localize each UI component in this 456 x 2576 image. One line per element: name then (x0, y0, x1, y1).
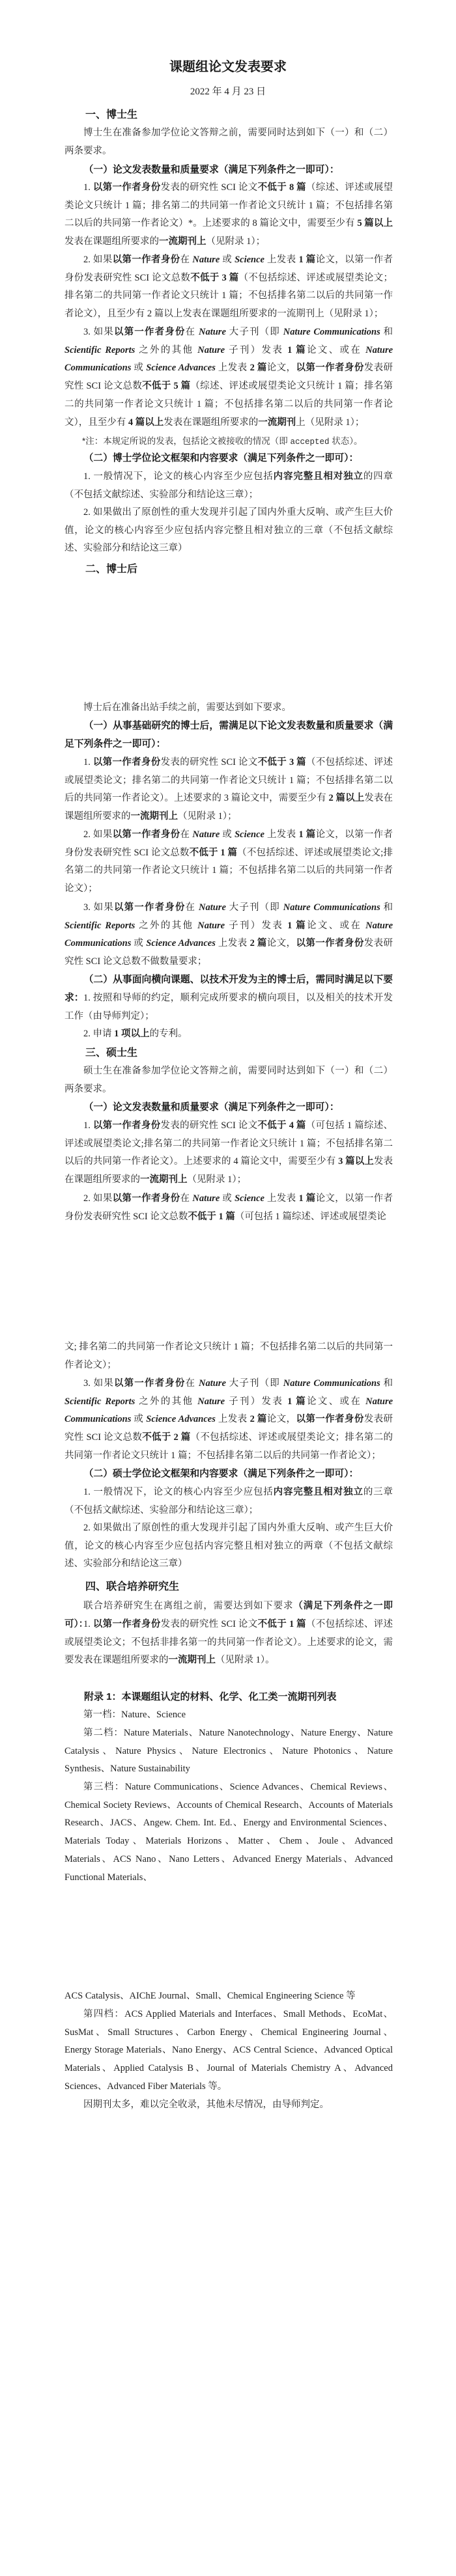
text-run: Nature (199, 902, 226, 913)
text-run: accepted (291, 437, 330, 447)
text-run: 1 篇 (299, 255, 316, 265)
text-run: 在 (180, 255, 193, 265)
document-page: 课题组论文发表要求 2022 年 4 月 23 日 一、博士生博士生在准备参加学… (0, 0, 456, 2576)
text-run: 在 (180, 829, 193, 840)
text-run: 2. 如果 (83, 255, 113, 265)
text-run: 2. 如果 (83, 1193, 113, 1204)
list-item: 2. 如果做出了原创性的重大发现并引起了国内外重大反响、或产生巨大价值，论文的核… (64, 504, 393, 558)
list-item: 3. 如果以第一作者身份在 Nature 大子刊（即 Nature Commun… (64, 899, 393, 971)
text-run: Science Advances (146, 938, 216, 949)
text-run: （一）从事基础研究的博士后，需满足以下论文发表数量和质量要求（满足下列条件之一即… (64, 721, 393, 749)
text-run: 不低于 2 篇 (142, 1432, 190, 1443)
text-run: Nature (192, 1193, 220, 1204)
text-run: 发表的研究性 SCI 论文 (161, 1619, 258, 1629)
text-run: 不低于 5 篇 (142, 381, 190, 391)
list-item: 3. 如果以第一作者身份在 Nature 大子刊（即 Nature Commun… (64, 324, 393, 432)
text-run: Science (235, 829, 264, 840)
text-run: 上发表 (216, 1414, 250, 1424)
text-run: 论文， (267, 938, 296, 949)
text-run: （见附录 1）； (188, 1174, 247, 1185)
text-run: 发表在课题组所要求的 (64, 236, 159, 247)
text-run: （二）博士学位论文框架和内容要求（满足下列条件之一即可）： (84, 453, 359, 464)
text-run: 1 篇 (287, 345, 307, 355)
text-run: Science Advances (146, 1414, 216, 1424)
text-run: 3. 如果 (83, 902, 114, 913)
text-run: 附录 1：本课题组认定的材料、化学、化工类一流期刊列表 (84, 1691, 337, 1702)
text-run: 5 篇以上 (357, 218, 393, 229)
text-run: 子刊）发表 (225, 1396, 287, 1407)
closing-note: 因期刊太多，难以完全收录，其他未尽情况，由导师判定。 (64, 2096, 393, 2114)
subsection-heading: （二）硕士学位论文框架和内容要求（满足下列条件之一即可）： (64, 1465, 393, 1484)
list-item: 1. 以第一作者身份发表的研究性 SCI 论文不低于 8 篇（综述、评述或展望类… (64, 179, 393, 251)
text-run: 博士后在准备出站手续之前，需要达到如下要求。 (83, 702, 291, 713)
text-run: 在 (180, 1193, 193, 1204)
list-item: 2. 如果做出了原创性的重大发现并引起了国内外重大反响、或产生巨大价值，论文的核… (64, 1519, 393, 1573)
text-run: 以第一作者身份 (93, 1120, 161, 1131)
text-run: 发表的研究性 SCI 论文 (160, 1120, 257, 1131)
text-run: 大子刊（即 (226, 1378, 283, 1389)
text-run: Nature (197, 345, 225, 355)
text-run: 二、博士后 (85, 564, 137, 575)
text-run: 上发表 (264, 255, 299, 265)
text-run: 因期刊太多，难以完全收录，其他未尽情况，由导师判定。 (83, 2099, 329, 2110)
list-item: 1. 一般情况下，论文的核心内容至少应包括内容完整且相对独立的四章（不包括文献综… (64, 468, 393, 504)
text-run: Science (235, 255, 264, 265)
text-run: （见附录 1）； (207, 236, 266, 247)
text-run: 在 (186, 327, 199, 337)
text-run: Nature (197, 921, 225, 931)
text-run: 3 篇以上 (338, 1156, 374, 1167)
text-run: 的专利。 (150, 1029, 188, 1039)
text-run: 文; 排名第二的共同第一作者论文只统计 1 篇；不包括排名第二以后的共同第一作者… (64, 1342, 393, 1370)
list-item: 2. 如果以第一作者身份在 Nature 或 Science 上发表 1 篇论文… (64, 826, 393, 898)
text-run: 之外的其他 (135, 921, 197, 931)
text-run: 以第一作者身份 (114, 1378, 186, 1389)
text-run: 不低于 3 篇 (190, 273, 238, 283)
list-item: 2. 如果以第一作者身份在 Nature 或 Science 上发表 1 篇论文… (64, 251, 393, 324)
appendix-heading: 附录 1：本课题组认定的材料、化学、化工类一流期刊列表 (64, 1688, 393, 1706)
text-run: 一流期刊上 (159, 236, 207, 247)
text-run: 以第一作者身份 (93, 1619, 161, 1629)
text-run: 一、博士生 (85, 109, 137, 120)
text-run: 大子刊（即 (226, 327, 283, 337)
journal-tier-4: 第四档：ACS Applied Materials and Interfaces… (64, 2006, 393, 2096)
text-run: Nature (192, 829, 220, 840)
list-item: 1. 按照和导师的约定，顺利完成所要求的横向项目，以及相关的技术开发工作（由导师… (64, 990, 393, 1025)
text-run: Nature Communications (283, 902, 380, 913)
text-run: 一流期刊 (258, 417, 296, 428)
text-run: 发表在课题组所要求的 (164, 417, 258, 428)
text-run: 以第一作者身份 (113, 1193, 180, 1204)
text-run: Nature Communications (283, 1378, 380, 1389)
journal-tier-1: 第一档：Nature、Science (64, 1706, 393, 1724)
text-run: 第四档：ACS Applied Materials and Interfaces… (64, 2009, 393, 2092)
text-run: 一流期刊上 (131, 811, 178, 822)
text-run: 论文、或在 (307, 921, 365, 931)
section-heading-joint: 四、联合培养研究生 (64, 1578, 393, 1596)
text-run: Nature (197, 1396, 225, 1407)
journal-tier-3-continuation: ACS Catalysis、AIChE Journal、Small、Chemic… (64, 1987, 393, 2006)
text-run: 1. 一般情况下，论文的核心内容至少应包括 (83, 471, 274, 482)
text-run: 博士生在准备参加学位论文答辩之前，需要同时达到如下（一）和（二）两条要求。 (64, 128, 393, 156)
text-run: 不低于 4 篇 (257, 1120, 306, 1131)
text-run: 状态）。 (330, 436, 363, 446)
subsection-heading: （一）论文发表数量和质量要求（满足下列条件之一即可）： (64, 1099, 393, 1117)
text-run: 上发表 (216, 938, 250, 949)
footnote: *注：本规定所说的发表，包括论文被接收的情况（即 accepted 状态）。 (64, 432, 393, 452)
paragraph: 硕士生在准备参加学位论文答辩之前，需要同时达到如下（一）和（二）两条要求。 (64, 1062, 393, 1098)
subsection-heading: （一）从事基础研究的博士后，需满足以下论文发表数量和质量要求（满足下列条件之一即… (64, 717, 393, 753)
text-run: 论文， (267, 363, 296, 373)
text-run: 1. (83, 182, 93, 193)
text-run: 论文， (267, 1414, 296, 1424)
list-item: 1. 以第一作者身份发表的研究性 SCI 论文不低于 4 篇（可包括 1 篇综述… (64, 1117, 393, 1189)
list-item: 2. 如果以第一作者身份在 Nature 或 Science 上发表 1 篇论文… (64, 1190, 393, 1226)
text-run: 内容完整且相对独立 (274, 471, 363, 482)
text-run: 或 (131, 938, 146, 949)
text-run: 内容完整且相对独立 (274, 1487, 363, 1497)
text-run: 在 (186, 902, 199, 913)
text-run: 硕士生在准备参加学位论文答辩之前，需要同时达到如下（一）和（二）两条要求。 (64, 1066, 393, 1094)
text-run: 不低于 3 篇 (258, 757, 306, 768)
text-run: ACS Catalysis、AIChE Journal、Small、Chemic… (64, 1991, 356, 2001)
text-run: Science Advances (146, 363, 216, 373)
text-run: 和 (380, 1378, 393, 1389)
text-run: 1. (83, 1120, 93, 1131)
subsection-heading: （二）博士学位论文框架和内容要求（满足下列条件之一即可）： (64, 450, 393, 468)
text-run: 2 篇 (250, 363, 267, 373)
section-heading-phd: 一、博士生 (64, 106, 393, 124)
text-run: 或 (220, 1193, 235, 1204)
journal-tier-2: 第二档：Nature Materials、Nature Nanotechnolo… (64, 1724, 393, 1779)
text-run: 之外的其他 (135, 1396, 197, 1407)
text-run: （见附录 1）。 (216, 1655, 275, 1665)
text-run: （可包括 1 篇综述、评述或展望类论 (235, 1212, 386, 1222)
text-run: Scientific Reports (64, 345, 135, 355)
text-run: 4 篇以上 (128, 417, 164, 428)
text-run: 子刊）发表 (225, 921, 287, 931)
list-item: 1. 以第一作者身份发表的研究性 SCI 论文不低于 3 篇（不包括综述、评述或… (64, 754, 393, 826)
text-run: 以第一作者身份 (296, 938, 363, 949)
list-item: 1. 以第一作者身份发表的研究性 SCI 论文不低于 1 篇（不包括综述、评述或… (64, 1616, 393, 1670)
section-heading-postdoc: 二、博士后 (64, 561, 393, 579)
text-run: Nature (199, 1378, 226, 1389)
text-run: 2 篇以上 (329, 793, 365, 803)
text-run: 四、联合培养研究生 (85, 1581, 179, 1592)
text-run: （一）论文发表数量和质量要求（满足下列条件之一即可）： (84, 1102, 339, 1113)
text-run: 第二档：Nature Materials、Nature Nanotechnolo… (64, 1728, 393, 1774)
document-date: 2022 年 4 月 23 日 (0, 83, 456, 100)
text-run: 以第一作者身份 (114, 902, 186, 913)
text-run: 或 (131, 363, 146, 373)
section-heading-master: 三、硕士生 (64, 1044, 393, 1062)
list-item: 2. 申请 1 项以上的专利。 (64, 1025, 393, 1044)
text-run: 第一档：Nature、Science (83, 1710, 186, 1720)
text-run: 不低于 8 篇 (258, 182, 306, 193)
text-run: 联合培养研究生在离组之前，需要达到如下要求 (83, 1601, 293, 1611)
text-run: 三、硕士生 (85, 1047, 137, 1059)
text-run: 上发表 (264, 829, 299, 840)
text-run: 和 (380, 327, 393, 337)
text-run: 上发表 (216, 363, 250, 373)
text-run: 1. 按照和导师的约定，顺利完成所要求的横向项目，以及相关的技术开发工作（由导师… (64, 993, 393, 1021)
text-run: 发表的研究性 SCI 论文 (161, 757, 258, 768)
text-run: 或 (131, 1414, 146, 1424)
text-run: 大子刊（即 (226, 902, 283, 913)
text-run: 1. 一般情况下，论文的核心内容至少应包括 (83, 1487, 274, 1497)
text-run: 和 (380, 902, 393, 913)
text-run: 以第一作者身份 (296, 1414, 363, 1424)
text-run: 2 篇 (250, 938, 267, 949)
text-run: 1 项以上 (114, 1029, 149, 1039)
text-run: 一流期刊上 (140, 1174, 188, 1185)
text-run: Scientific Reports (64, 1396, 135, 1407)
text-run: 以第一作者身份 (296, 363, 363, 373)
text-run: *注：本规定所说的发表，包括论文被接收的情况（即 (82, 436, 291, 446)
text-run: 第三档：Nature Communications、Science Advanc… (64, 1782, 393, 1883)
text-run: 2 篇 (250, 1414, 267, 1424)
text-run: Nature (199, 327, 226, 337)
paragraph-continuation: 文; 排名第二的共同第一作者论文只统计 1 篇；不包括排名第二以后的共同第一作者… (64, 1338, 393, 1374)
text-run: 以第一作者身份 (93, 757, 161, 768)
text-run: 论文、或在 (307, 345, 365, 355)
text-run: 不低于 1 篇 (258, 1619, 306, 1629)
text-run: Nature (192, 255, 220, 265)
text-run: 一流期刊上 (169, 1655, 216, 1665)
text-run: 2. 如果 (83, 829, 113, 840)
paragraph: 博士生在准备参加学位论文答辩之前，需要同时达到如下（一）和（二）两条要求。 (64, 124, 393, 160)
subsection-heading: （一）论文发表数量和质量要求（满足下列条件之一即可）： (64, 161, 393, 180)
text-run: 3. 如果 (83, 1378, 114, 1389)
text-run: 不低于 1 篇 (188, 1212, 235, 1222)
text-run: 2. 申请 (83, 1029, 114, 1039)
text-run: 之外的其他 (135, 345, 197, 355)
text-run: 1 篇 (287, 1396, 307, 1407)
text-run: 或 (220, 829, 235, 840)
journal-tier-3: 第三档：Nature Communications、Science Advanc… (64, 1779, 393, 1887)
text-run: 1 篇 (287, 921, 307, 931)
text-run: 1. (83, 757, 93, 768)
text-run: （二）硕士学位论文框架和内容要求（满足下列条件之一即可）： (84, 1469, 359, 1479)
text-run: 发表的研究性 SCI 论文 (161, 182, 258, 193)
text-run: 以第一作者身份 (93, 182, 161, 193)
document-title: 课题组论文发表要求 (0, 59, 456, 76)
text-run: 2. 如果做出了原创性的重大发现并引起了国内外重大反响、或产生巨大价值，论文的核… (64, 507, 393, 553)
text-run: 以第一作者身份 (113, 829, 180, 840)
text-run: 上（见附录 1）； (296, 417, 364, 428)
list-item: 1. 一般情况下，论文的核心内容至少应包括内容完整且相对独立的三章（不包括文献综… (64, 1484, 393, 1519)
text-run: （一）论文发表数量和质量要求（满足下列条件之一即可）： (84, 165, 339, 175)
text-run: 2. 如果做出了原创性的重大发现并引起了国内外重大反响、或产生巨大价值，论文的核… (64, 1523, 393, 1569)
text-run: 以第一作者身份 (113, 255, 180, 265)
text-run: 在 (186, 1378, 199, 1389)
text-run: 1 篇 (299, 829, 316, 840)
text-run: 子刊）发表 (225, 345, 287, 355)
text-run: 论文、或在 (307, 1396, 365, 1407)
text-run: Nature Communications (283, 327, 380, 337)
paragraph: 博士后在准备出站手续之前，需要达到如下要求。 (64, 699, 393, 717)
list-item: 3. 如果以第一作者身份在 Nature 大子刊（即 Nature Commun… (64, 1375, 393, 1465)
text-run: （见附录 1）； (178, 811, 237, 822)
text-run: 1 篇 (299, 1193, 316, 1204)
text-run: Scientific Reports (64, 921, 135, 931)
text-run: 1. (83, 1619, 93, 1629)
text-run: Science (235, 1193, 264, 1204)
text-run: 3. 如果 (83, 327, 114, 337)
text-run: 以第一作者身份 (114, 327, 186, 337)
text-run: 上发表 (264, 1193, 299, 1204)
text-run: 不低于 1 篇 (190, 848, 238, 858)
text-run: 或 (220, 255, 235, 265)
